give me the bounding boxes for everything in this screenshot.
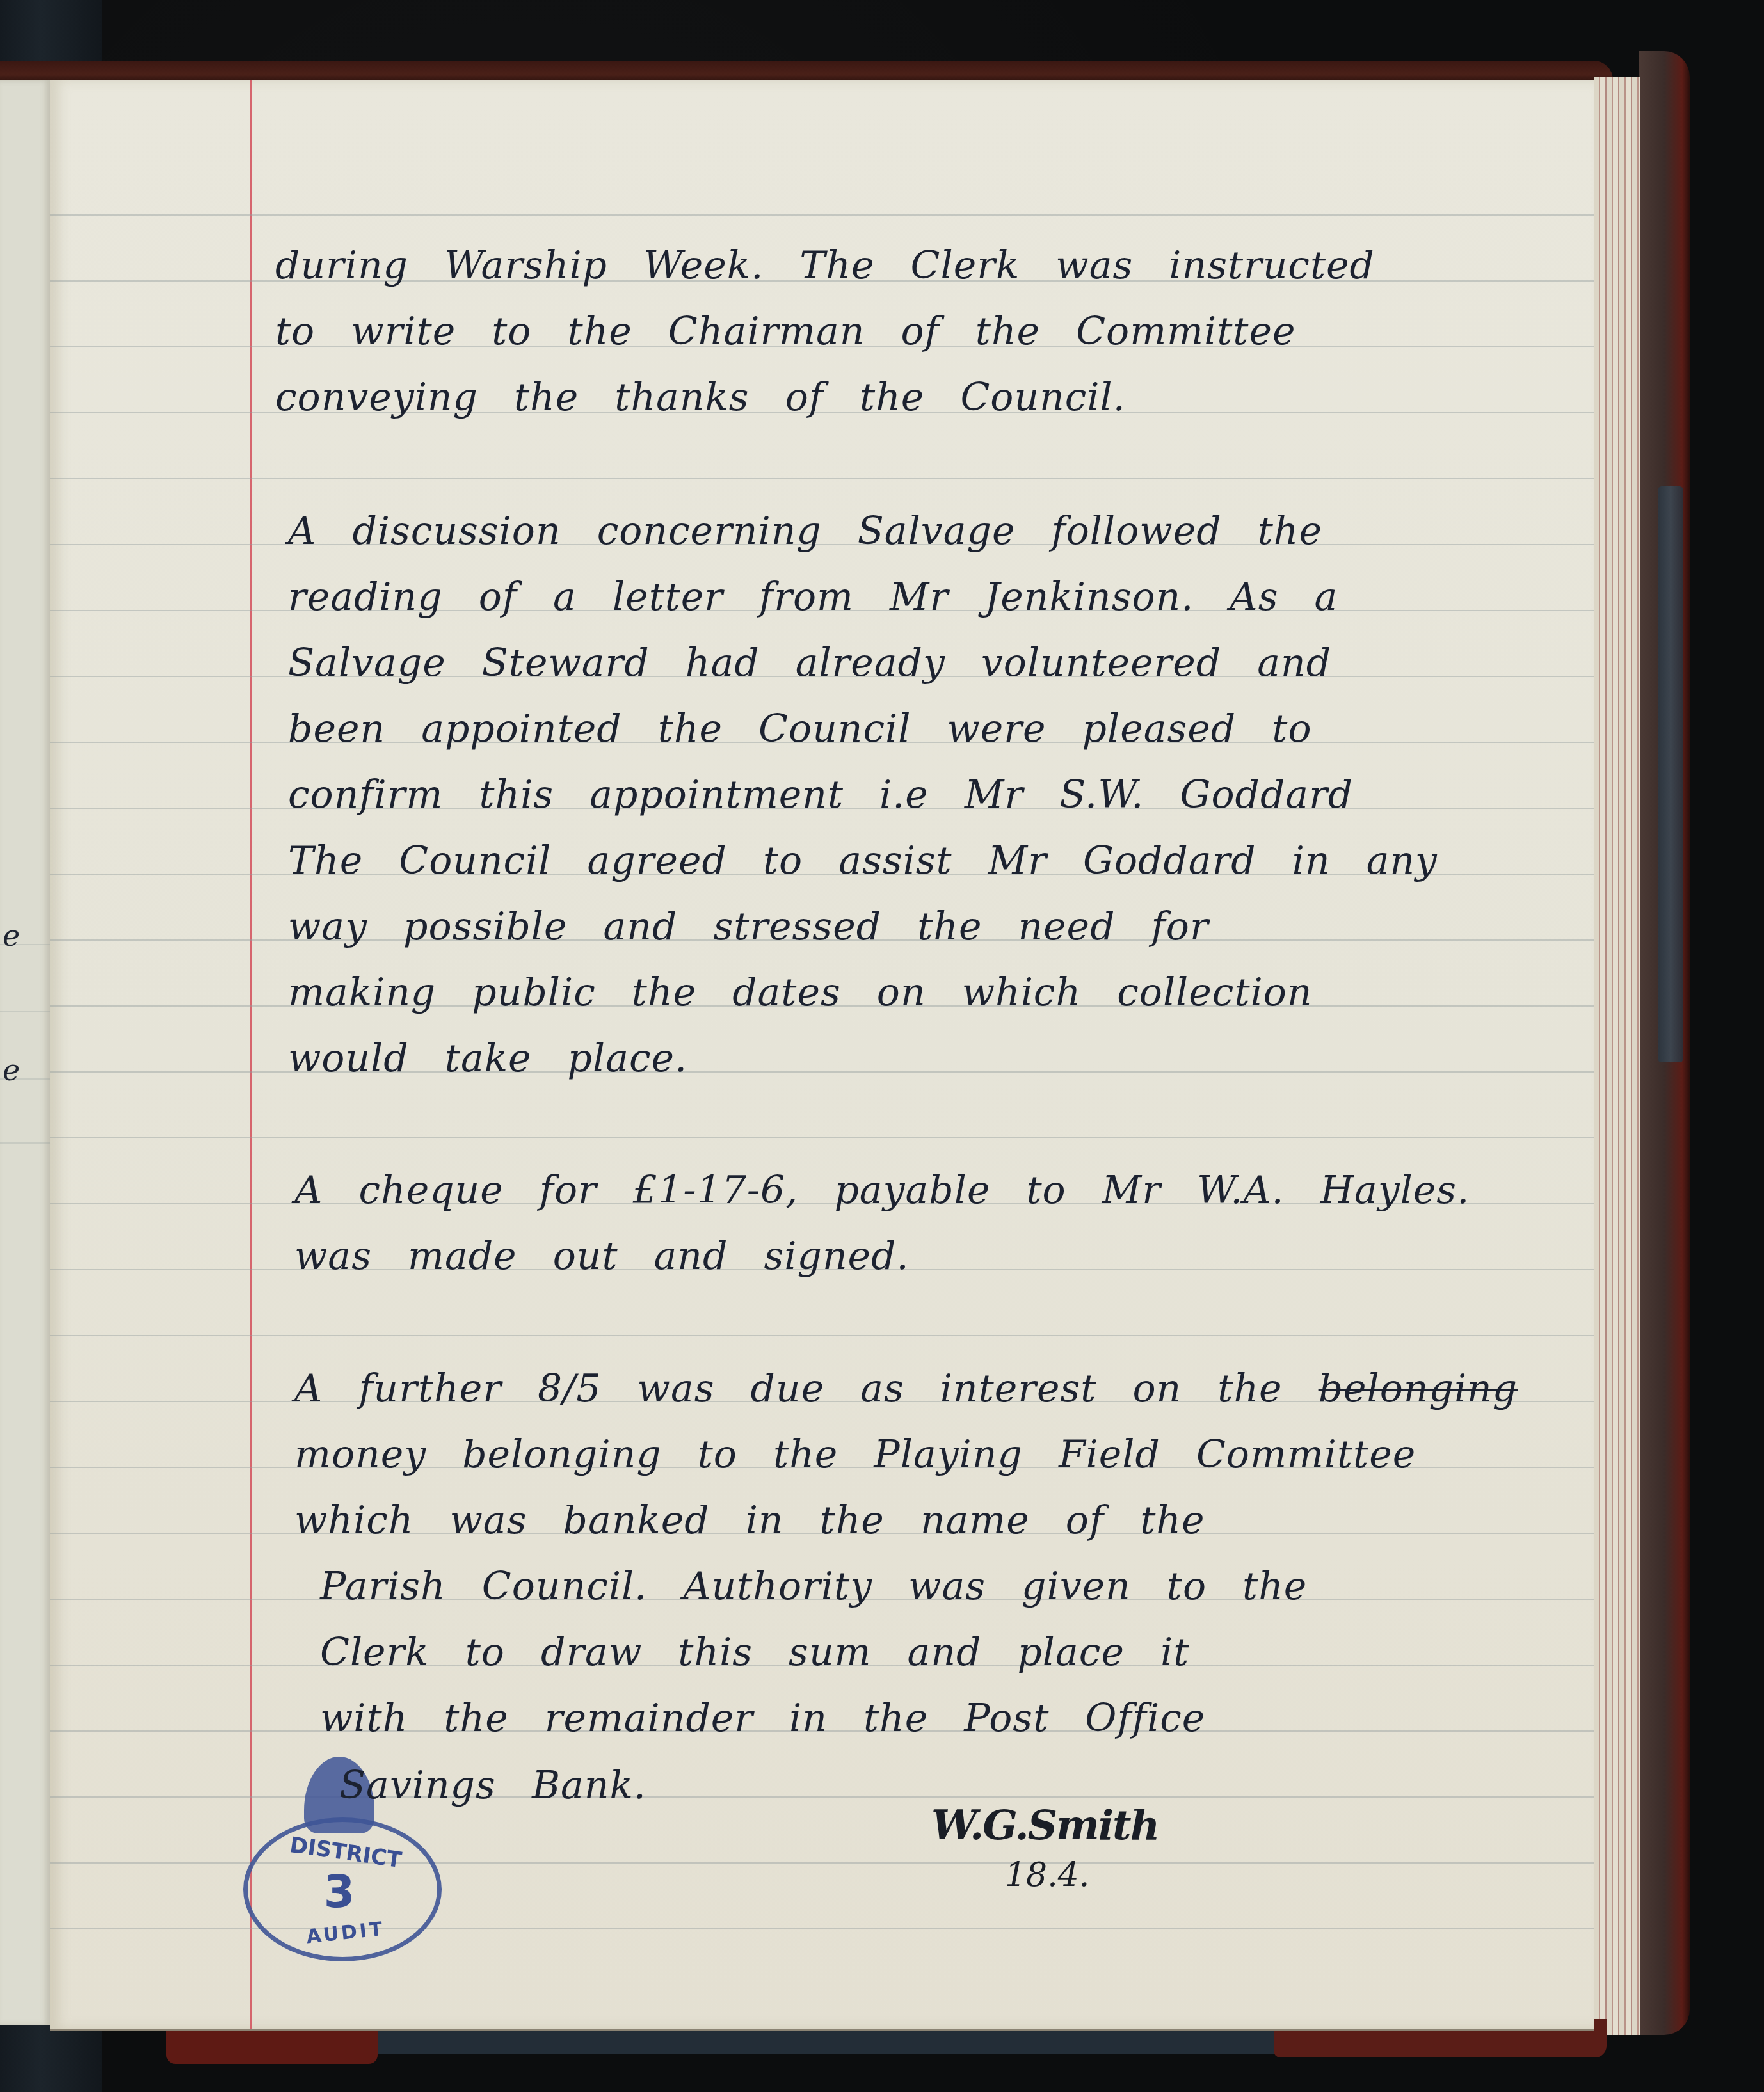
ruled-line bbox=[50, 1071, 1594, 1073]
handwritten-line: which was banked in the name of the bbox=[294, 1498, 1205, 1543]
ruled-line bbox=[50, 1137, 1594, 1138]
handwritten-line: was made out and signed. bbox=[294, 1234, 910, 1279]
handwritten-line-text: A further 8/5 was due as interest on the bbox=[294, 1366, 1283, 1411]
handwritten-line: with the remainder in the Post Office bbox=[320, 1696, 1205, 1741]
handwritten-line: A further 8/5 was due as interest on the… bbox=[294, 1366, 1518, 1411]
handwritten-line: reading of a letter from Mr Jenkinson. A… bbox=[288, 575, 1338, 619]
red-margin-line bbox=[250, 80, 252, 2029]
handwritten-line: confirm this appointment i.e Mr S.W. God… bbox=[288, 772, 1353, 817]
handwritten-line: making public the dates on which collect… bbox=[288, 970, 1312, 1015]
handwritten-line: money belonging to the Playing Field Com… bbox=[294, 1432, 1416, 1477]
handwritten-line: A cheque for £1-17-6, payable to Mr W.A.… bbox=[294, 1168, 1470, 1213]
left-page-text-fragment: e bbox=[3, 918, 20, 953]
ruled-line bbox=[0, 1142, 50, 1144]
auditor-signature: W.G.Smith bbox=[931, 1801, 1159, 1849]
ruled-line bbox=[50, 478, 1594, 479]
handwritten-line: conveying the thanks of the Council. bbox=[275, 375, 1126, 420]
handwritten-line: to write to the Chairman of the Committe… bbox=[275, 309, 1295, 354]
signature-date: 18.4. bbox=[1005, 1856, 1089, 1894]
handwritten-line: Savings Bank. bbox=[339, 1763, 646, 1808]
left-page-text-fragment: e bbox=[3, 1053, 20, 1087]
ruled-line bbox=[50, 214, 1594, 216]
handwritten-line: The Council agreed to assist Mr Goddard … bbox=[288, 838, 1438, 883]
handwritten-line: been appointed the Council were pleased … bbox=[288, 707, 1312, 751]
stamp-number: 3 bbox=[314, 1865, 365, 1918]
handwritten-line: way possible and stressed the need for bbox=[288, 904, 1209, 949]
handwritten-line: Parish Council. Authority was given to t… bbox=[320, 1564, 1307, 1609]
handwritten-line: would take place. bbox=[288, 1036, 687, 1081]
left-facing-page: e e bbox=[0, 80, 52, 2025]
struck-through-word: belonging bbox=[1319, 1366, 1518, 1411]
ruled-line bbox=[0, 1011, 50, 1012]
book-right-cover bbox=[1639, 51, 1690, 2035]
handwritten-line: A discussion concerning Salvage followed… bbox=[288, 509, 1322, 554]
handwritten-line: Salvage Steward had already volunteered … bbox=[288, 641, 1331, 685]
handwritten-line: during Warship Week. The Clerk was instr… bbox=[275, 243, 1375, 288]
handwritten-line: Clerk to draw this sum and place it bbox=[320, 1630, 1189, 1675]
ruled-line bbox=[50, 1335, 1594, 1336]
bookmark-ribbon bbox=[1658, 486, 1683, 1062]
page-edge-stack bbox=[1594, 77, 1640, 2035]
